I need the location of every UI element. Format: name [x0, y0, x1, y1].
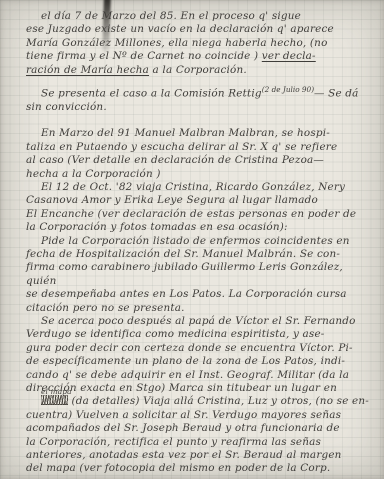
paragraph-listado-enfermos: Pide la Corporación listado de enfermos …	[26, 235, 370, 315]
line: la Corporación, rectifica el punto y rea…	[26, 436, 321, 448]
underlined-phrase: ver decla-	[262, 50, 316, 62]
correction-inserted-word: el mapa	[26, 395, 68, 408]
underlined-phrase: ración de María hecha	[26, 64, 149, 76]
line: del mapa (ver fotocopia del mismo en pod…	[26, 462, 330, 474]
paragraph-verdugo-espiritista: Se acerca poco después al papá de Víctor…	[26, 315, 370, 476]
superscript-date-note: (2 de Julio 90)	[262, 85, 314, 94]
line: — Se dá	[314, 88, 359, 100]
line: cuentra) Vuelven a solicitar al Sr. Verd…	[26, 409, 341, 421]
paragraph-comision-rettig: Se presenta el caso a la Comisión Rettig…	[26, 83, 370, 114]
line: a la Corporación.	[149, 64, 247, 76]
line: Casanova Amor y Erika Leye Segura al lug…	[26, 194, 318, 206]
line: se desempeñaba antes en Los Patos. La Co…	[26, 288, 347, 300]
line: cando q' se debe adquirir en el Inst. Ge…	[26, 369, 349, 381]
line: fecha de Hospitalización del Sr. Manuel …	[26, 248, 340, 260]
paragraph-hospitalizacion: En Marzo del 91 Manuel Malbran Malbran, …	[26, 127, 370, 181]
line: acompañados del Sr. Joseph Beraud y otra…	[26, 422, 340, 434]
line: anteriores, anotadas esta vez por el Sr.…	[26, 449, 342, 461]
scanned-handwritten-page: el día 7 de Marzo del 85. En el proceso …	[0, 0, 384, 479]
line: gura poder decir con certeza donde se en…	[26, 342, 353, 354]
line: El 12 de Oct. '82 viaja Cristina, Ricard…	[41, 181, 345, 193]
paragraph-viaje-encanche: El 12 de Oct. '82 viaja Cristina, Ricard…	[26, 181, 370, 235]
line: el día 7 de Marzo del 85. En el proceso …	[41, 10, 301, 22]
paragraph-vacio-declaracion: el día 7 de Marzo del 85. En el proceso …	[26, 10, 370, 77]
line: sin convicción.	[26, 101, 107, 113]
scribbled-out-word	[41, 395, 68, 405]
line: ese Juzgado existe un vacío en la declar…	[26, 23, 334, 35]
line: citación pero no se presenta.	[26, 302, 185, 314]
line: El Encanche (ver declaración de estas pe…	[26, 208, 356, 220]
line: Verdugo se identifica como medicina espi…	[26, 328, 325, 340]
line: dirección exacta en Stgo) Marca sin titu…	[26, 382, 337, 394]
line: Se acerca poco después al papá de Víctor…	[41, 315, 356, 327]
line: Pide la Corporación listado de enfermos …	[41, 235, 350, 247]
line: firma como carabinero jubilado Guillermo…	[26, 261, 343, 286]
line: la Corporación y fotos tomadas en esa oc…	[26, 221, 288, 233]
line: (da detalles) Viaja allá Cristina, Luz y…	[68, 395, 369, 407]
inserted-text-above-line: el mapa	[26, 388, 72, 395]
line: En Marzo del 91 Manuel Malbran Malbran, …	[41, 127, 330, 139]
line: al caso (Ver detalle en declaración de C…	[26, 154, 324, 166]
line: de específicamente un plano de la zona d…	[26, 355, 345, 367]
line: María González Millones, ella niega habe…	[26, 37, 328, 49]
line: taliza en Putaendo y escucha delirar al …	[26, 141, 337, 153]
line: Se presenta el caso a la Comisión Rettig	[41, 88, 262, 100]
line: hecha a la Corporación )	[26, 168, 161, 180]
line: tiene firma y el Nº de Carnet no coincid…	[26, 50, 262, 62]
handwritten-text-block: el día 7 de Marzo del 85. En el proceso …	[26, 10, 370, 476]
